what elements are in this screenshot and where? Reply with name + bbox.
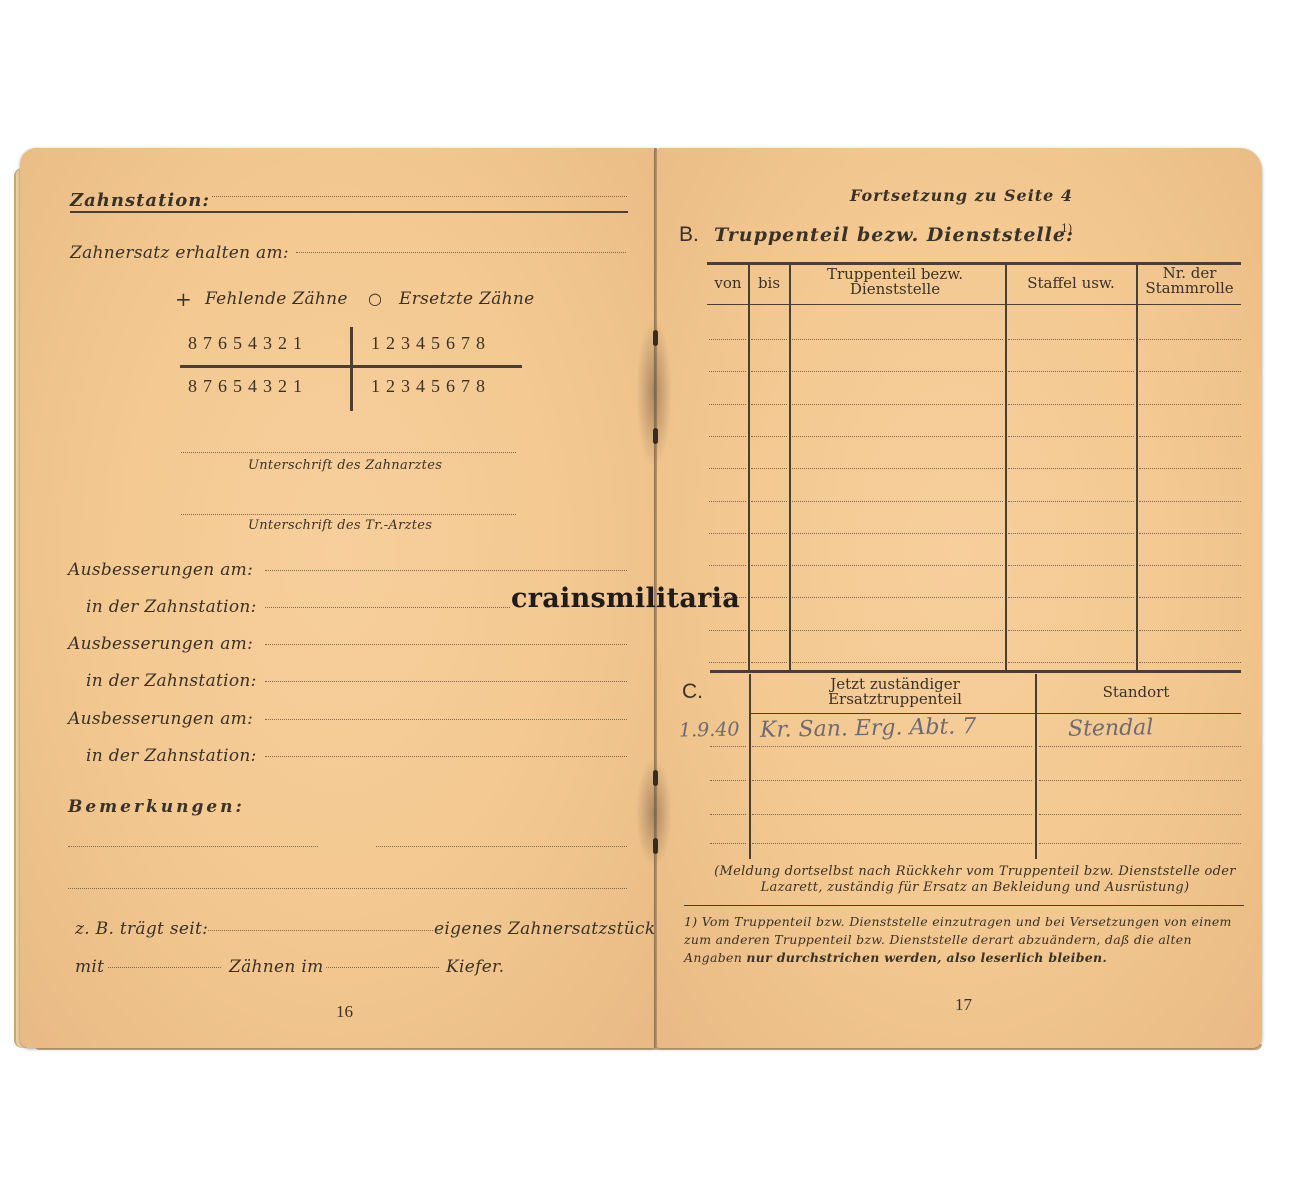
table-cell[interactable] — [1139, 339, 1241, 340]
plus-icon: + — [175, 287, 192, 311]
section-c-letter: C. — [682, 680, 703, 704]
repair-date-label: Ausbesserungen am: — [68, 560, 253, 580]
table-cell[interactable] — [792, 339, 1003, 340]
table-cell[interactable] — [792, 533, 1003, 534]
table-cell[interactable] — [709, 630, 746, 631]
remarks-field[interactable] — [68, 888, 627, 889]
column-header-location: Standort — [1036, 685, 1236, 700]
column-header-to: bis — [749, 276, 789, 291]
replacement-received-field[interactable] — [296, 252, 626, 253]
table-cell[interactable] — [1139, 404, 1241, 405]
table-cell[interactable] — [751, 404, 787, 405]
row-line — [1039, 780, 1241, 781]
chart-vertical-line — [350, 327, 353, 411]
column-header-unit: Truppenteil bezw. Dienststelle — [800, 267, 990, 297]
handwritten-unit[interactable]: Kr. San. Erg. Abt. 7 — [760, 714, 977, 743]
row-line — [752, 814, 1032, 815]
table-cell[interactable] — [1139, 565, 1241, 566]
staple-icon — [653, 770, 658, 786]
table-cell[interactable] — [1139, 533, 1241, 534]
circle-icon: ○ — [368, 289, 382, 308]
wears-since-field[interactable] — [208, 930, 433, 931]
repair-date-label: Ausbesserungen am: — [68, 709, 253, 729]
section-c-note: (Meldung dortselbst nach Rückkehr vom Tr… — [700, 864, 1250, 896]
header-rule — [750, 713, 1241, 714]
upper-right-teeth[interactable]: 12345678 — [371, 333, 491, 354]
doctor-signature-label: Unterschrift des Tr.-Arztes — [248, 518, 432, 533]
table-cell[interactable] — [751, 565, 787, 566]
watermark: crainsmilitaria — [511, 583, 740, 614]
table-cell[interactable] — [1008, 371, 1134, 372]
column-divider — [748, 265, 750, 670]
table-cell[interactable] — [751, 371, 787, 372]
repair-station-field[interactable] — [265, 756, 627, 757]
table-cell[interactable] — [751, 436, 787, 437]
table-bottom-rule — [710, 670, 1241, 673]
header-rule — [707, 304, 1241, 305]
with-label: mit — [75, 957, 104, 977]
table-cell[interactable] — [709, 404, 746, 405]
column-header-squadron: Staffel usw. — [1006, 276, 1136, 291]
row-line — [710, 843, 746, 844]
repair-date-field[interactable] — [265, 570, 627, 571]
column-divider — [1136, 265, 1138, 670]
table-cell[interactable] — [751, 533, 787, 534]
table-cell[interactable] — [751, 468, 787, 469]
column-header-replacement-unit: Jetzt zuständiger Ersatztruppenteil — [770, 677, 1020, 707]
table-cell[interactable] — [709, 662, 746, 663]
table-cell[interactable] — [751, 597, 787, 598]
column-divider — [1035, 674, 1037, 859]
table-cell[interactable] — [1139, 630, 1241, 631]
page-title: Zahnstation: — [70, 190, 210, 211]
page-number: 17 — [955, 995, 972, 1015]
section-b-title: Truppenteil bezw. Dienststelle: — [714, 224, 1074, 246]
table-cell[interactable] — [751, 501, 787, 502]
repair-station-field[interactable] — [265, 607, 510, 608]
table-cell[interactable] — [792, 662, 1003, 663]
column-divider — [1005, 265, 1007, 670]
footnote-emphasis: nur durchstrichen werden, also leserlich… — [746, 950, 1107, 965]
table-cell[interactable] — [709, 468, 746, 469]
missing-teeth-label: Fehlende Zähne — [205, 289, 348, 309]
table-cell[interactable] — [1008, 404, 1134, 405]
footnote: 1) Vom Truppenteil bzw. Dienststelle ein… — [684, 913, 1246, 967]
table-cell[interactable] — [1008, 533, 1134, 534]
handwritten-location[interactable]: Stendal — [1068, 715, 1154, 741]
table-cell[interactable] — [709, 533, 746, 534]
row-line — [1039, 746, 1241, 747]
repair-date-field[interactable] — [265, 719, 627, 720]
remarks-field[interactable] — [68, 846, 318, 847]
continuation-heading: Fortsetzung zu Seite 4 — [850, 186, 1073, 205]
footnote-ref: 1) — [1061, 222, 1072, 235]
footnote-rule — [684, 905, 1244, 906]
table-cell[interactable] — [1008, 565, 1134, 566]
table-cell[interactable] — [1008, 468, 1134, 469]
column-divider — [789, 265, 791, 670]
row-line — [752, 780, 1032, 781]
doctor-signature-field[interactable] — [181, 514, 516, 515]
table-cell[interactable] — [792, 404, 1003, 405]
table-cell[interactable] — [792, 630, 1003, 631]
table-cell[interactable] — [792, 371, 1003, 372]
row-line — [1039, 843, 1241, 844]
table-cell[interactable] — [1139, 371, 1241, 372]
lower-right-teeth[interactable]: 12345678 — [371, 376, 491, 397]
table-cell[interactable] — [792, 468, 1003, 469]
dentist-signature-field[interactable] — [181, 452, 516, 453]
upper-left-teeth[interactable]: 87654321 — [188, 333, 308, 354]
teeth-in-label: Zähnen im — [229, 957, 324, 977]
repair-date-field[interactable] — [265, 644, 627, 645]
repair-station-label: in der Zahnstation: — [86, 597, 257, 617]
table-cell[interactable] — [1139, 501, 1241, 502]
table-cell[interactable] — [1008, 501, 1134, 502]
staple-icon — [653, 428, 658, 444]
table-cell[interactable] — [1139, 436, 1241, 437]
table-cell[interactable] — [1008, 662, 1134, 663]
table-cell[interactable] — [1008, 436, 1134, 437]
underline — [70, 211, 628, 213]
teeth-count-field[interactable] — [108, 967, 221, 968]
table-cell[interactable] — [1139, 597, 1241, 598]
table-cell[interactable] — [1008, 597, 1134, 598]
repair-station-label: in der Zahnstation: — [86, 746, 257, 766]
own-denture-label: eigenes Zahnersatzstück — [434, 919, 655, 939]
dotted-line — [212, 196, 627, 197]
jaw-label: Kiefer. — [446, 957, 504, 977]
table-cell[interactable] — [792, 501, 1003, 502]
table-cell[interactable] — [709, 371, 746, 372]
row-line — [710, 780, 746, 781]
table-cell[interactable] — [1008, 630, 1134, 631]
table-cell[interactable] — [751, 630, 787, 631]
row-line — [752, 746, 1032, 747]
table-cell[interactable] — [709, 339, 746, 340]
row-line — [710, 814, 746, 815]
column-header-from: von — [707, 276, 749, 291]
table-cell[interactable] — [1139, 468, 1241, 469]
remarks-label: Bemerkungen: — [68, 797, 245, 817]
repair-station-field[interactable] — [265, 681, 627, 682]
replaced-teeth-label: Ersetzte Zähne — [399, 289, 535, 309]
row-line — [752, 843, 1032, 844]
lower-left-teeth[interactable]: 87654321 — [188, 376, 308, 397]
replacement-received-label: Zahnersatz erhalten am: — [70, 243, 289, 263]
column-divider — [749, 674, 751, 859]
table-top-rule — [707, 262, 1241, 265]
remarks-field[interactable] — [376, 846, 627, 847]
table-cell[interactable] — [709, 436, 746, 437]
wears-since-label: z. B. trägt seit: — [75, 919, 208, 939]
table-cell[interactable] — [751, 339, 787, 340]
staple-icon — [653, 838, 658, 854]
table-cell[interactable] — [1008, 339, 1134, 340]
staple-icon — [653, 330, 658, 346]
jaw-field[interactable] — [326, 967, 439, 968]
section-b-letter: B. — [679, 223, 699, 247]
table-cell[interactable] — [792, 597, 1003, 598]
table-cell[interactable] — [751, 662, 787, 663]
row-line — [710, 746, 746, 747]
table-cell[interactable] — [792, 436, 1003, 437]
dentist-signature-label: Unterschrift des Zahnarztes — [248, 458, 442, 473]
table-cell[interactable] — [792, 565, 1003, 566]
repair-station-label: in der Zahnstation: — [86, 671, 257, 691]
table-cell[interactable] — [1139, 662, 1241, 663]
page-number: 16 — [336, 1002, 353, 1022]
table-cell[interactable] — [709, 565, 746, 566]
column-header-roll-number: Nr. der Stammrolle — [1137, 266, 1242, 296]
table-cell[interactable] — [709, 501, 746, 502]
handwritten-date[interactable]: 1.9.40 — [679, 718, 740, 741]
repair-date-label: Ausbesserungen am: — [68, 634, 253, 654]
row-line — [1039, 814, 1241, 815]
